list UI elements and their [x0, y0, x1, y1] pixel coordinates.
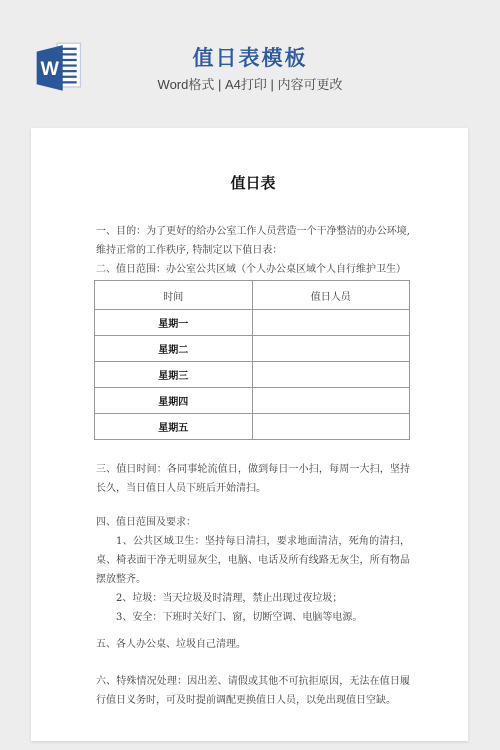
table-row-wednesday: 星期三 — [95, 362, 410, 388]
cell-person-friday — [252, 414, 410, 440]
paragraph-requirement-3: 3、安全：下班时关好门、窗，切断空调、电脑等电源。 — [96, 608, 410, 627]
table-header-person: 值日人员 — [252, 281, 410, 310]
listing-title: 值日表模板 — [0, 42, 500, 72]
table-row-friday: 星期五 — [95, 414, 410, 440]
table-header-row: 时间 值日人员 — [95, 281, 410, 310]
table-header-time: 时间 — [95, 281, 253, 310]
cell-day-friday: 星期五 — [95, 414, 253, 440]
duty-roster-table: 时间 值日人员 星期一 星期二 星期三 星期四 — [94, 280, 410, 440]
document-page: 值日表 一、目的：为了更好的给办公室工作人员营造一个干净整洁的办公环境, 维持正… — [31, 128, 468, 741]
cell-person-tuesday — [252, 336, 410, 362]
paragraph-requirements-title: 四、值日范围及要求： — [96, 513, 410, 532]
table-row-monday: 星期一 — [95, 310, 410, 336]
table-row-thursday: 星期四 — [95, 388, 410, 414]
paragraph-special-cases: 六、特殊情况处理：因出差、请假或其他不可抗拒原因，无法在值日履行值日义务时，可及… — [96, 672, 410, 710]
page-canvas: W 值日表模板 Word格式 | A4打印 | 内容可更改 值日表 一、目的：为… — [0, 0, 500, 750]
cell-day-tuesday: 星期二 — [95, 336, 253, 362]
document-title: 值日表 — [96, 174, 410, 192]
paragraph-scope: 二、值日范围：办公室公共区域（个人办公桌区域个人自行维护卫生） — [96, 260, 410, 279]
cell-day-wednesday: 星期三 — [95, 362, 253, 388]
cell-day-monday: 星期一 — [95, 310, 253, 336]
cell-person-wednesday — [252, 362, 410, 388]
table-row-tuesday: 星期二 — [95, 336, 410, 362]
paragraph-requirement-2: 2、垃圾：当天垃圾及时清理，禁止出现过夜垃圾； — [96, 589, 410, 608]
cell-day-thursday: 星期四 — [95, 388, 253, 414]
paragraph-duty-time: 三、值日时间：各同事轮流值日，做到每日一小扫，每周一大扫，坚持长久，当日值日人员… — [96, 460, 410, 498]
listing-subtitle: Word格式 | A4打印 | 内容可更改 — [0, 74, 500, 93]
paragraph-requirement-1: 1、公共区域卫生：坚持每日清扫，要求地面清洁，死角的清扫，桌、椅表面干净无明显灰… — [96, 532, 410, 589]
cell-person-thursday — [252, 388, 410, 414]
paragraph-personal-desk: 五、各人办公桌、垃圾自己清理。 — [96, 635, 410, 654]
paragraph-purpose: 一、目的：为了更好的给办公室工作人员营造一个干净整洁的办公环境, 维持正常的工作… — [96, 222, 410, 260]
cell-person-monday — [252, 310, 410, 336]
